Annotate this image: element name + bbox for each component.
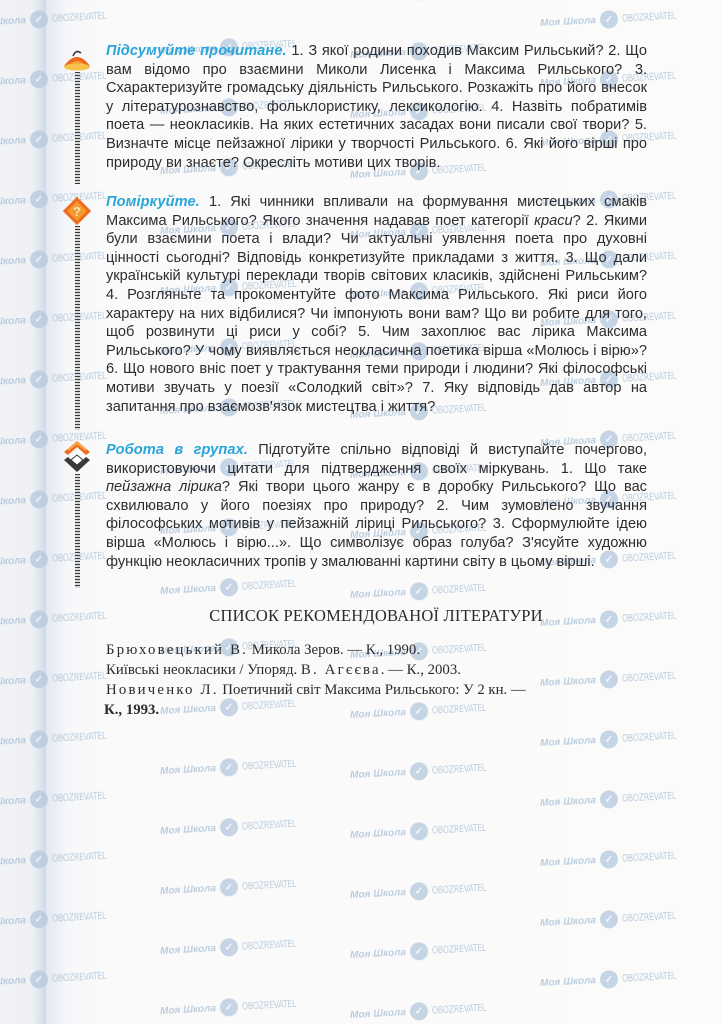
bibliography-details: Поетичний світ Максима Рильського: У 2 к… bbox=[219, 682, 526, 698]
chain-decoration bbox=[75, 72, 80, 184]
question-diamond-icon: ? bbox=[62, 196, 92, 226]
bibliography-title: СПИСОК РЕКОМЕНДОВАНОЇ ЛІТЕРАТУРИ bbox=[176, 606, 576, 626]
bibliography-item: Брюховецький В. Микола Зеров. — К., 1990… bbox=[106, 640, 651, 660]
summary-marker bbox=[60, 46, 90, 186]
chain-decoration bbox=[75, 474, 80, 588]
think-marker: ? bbox=[60, 196, 90, 432]
summary-text: 1. З якої родини походив Максим Рильськи… bbox=[106, 43, 647, 171]
summary-section: Підсумуйте прочитане. 1. З якої родини п… bbox=[106, 42, 647, 172]
svg-text:?: ? bbox=[73, 204, 81, 219]
think-emphasis: краси bbox=[534, 213, 573, 229]
summary-heading: Підсумуйте прочитане. bbox=[106, 43, 287, 59]
bibliography-list: Брюховецький В. Микола Зеров. — К., 1990… bbox=[106, 640, 651, 720]
bibliography-author: Брюховецький В. bbox=[106, 642, 248, 658]
bibliography-title-part: Київські неокласики / Упоряд. bbox=[106, 662, 301, 678]
bibliography-details: . — К., 2003. bbox=[381, 662, 461, 678]
chain-decoration bbox=[75, 226, 80, 430]
page-content: ? Підсумуйте прочитане. 1. З якої родини… bbox=[0, 0, 721, 1024]
think-heading: Поміркуйте. bbox=[106, 194, 200, 210]
bibliography-details: Микола Зеров. — К., 1990. bbox=[248, 642, 420, 658]
group-work-section: Робота в групах. Підготуйте спільно відп… bbox=[106, 441, 647, 571]
group-work-heading: Робота в групах. bbox=[106, 442, 248, 458]
bibliography-editor: В. Агєєва bbox=[301, 662, 381, 678]
group-work-emphasis: пейзажна лірика bbox=[106, 479, 222, 495]
bibliography-item: Новиченко Л. Поетичний світ Максима Риль… bbox=[106, 680, 651, 720]
bibliography-continuation: К., 1993. bbox=[104, 700, 651, 720]
groups-marker bbox=[60, 438, 90, 590]
group-work-icon bbox=[60, 438, 94, 478]
bibliography-author: Новиченко Л. bbox=[106, 682, 219, 698]
bibliography-item: Київські неокласики / Упоряд. В. Агєєва.… bbox=[106, 660, 651, 680]
think-text-2: ? 2. Якими були взаємини поета і влади? … bbox=[106, 213, 647, 415]
think-section: Поміркуйте. 1. Які чинники впливали на ф… bbox=[106, 193, 647, 416]
